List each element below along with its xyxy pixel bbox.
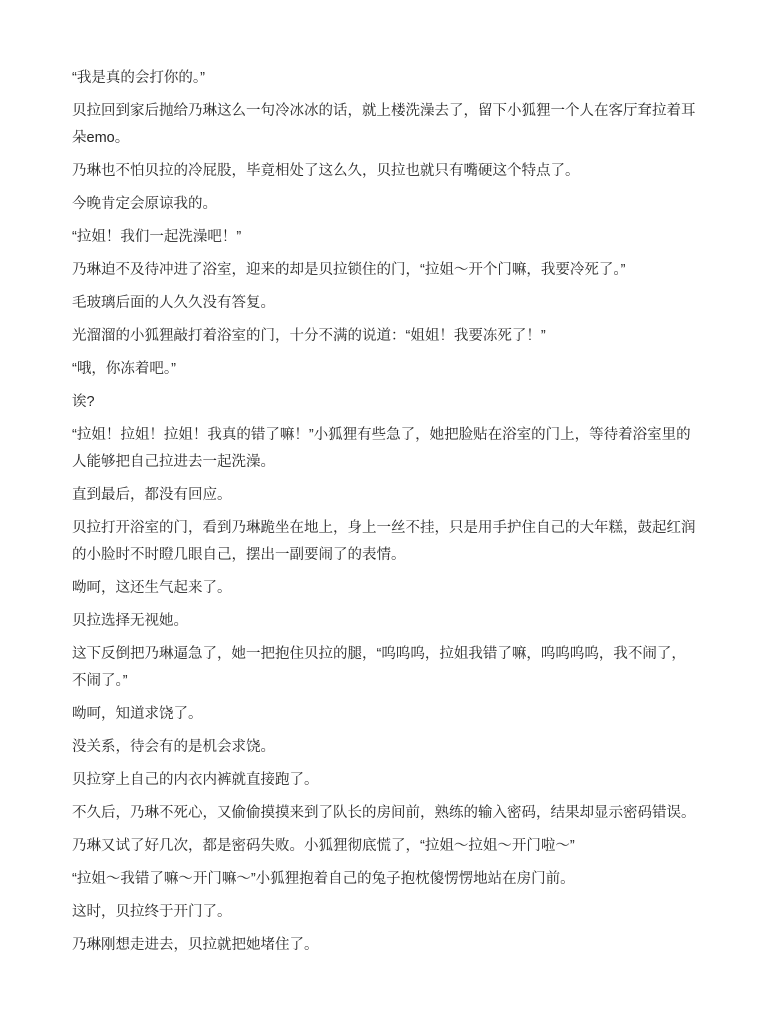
novel-text-body: “我是真的会打你的。”贝拉回到家后抛给乃琳这么一句冷冰冰的话，就上楼洗澡去了，留… [72, 65, 696, 959]
paragraph: 乃琳刚想走进去，贝拉就把她堵住了。 [72, 932, 696, 959]
paragraph: 贝拉打开浴室的门，看到乃琳跪坐在地上，身上一丝不挂，只是用手护住自己的大年糕，鼓… [72, 515, 696, 569]
paragraph: 呦呵，知道求饶了。 [72, 701, 696, 728]
paragraph: 呦呵，这还生气起来了。 [72, 575, 696, 602]
paragraph: 贝拉选择无视她。 [72, 608, 696, 635]
paragraph: 没关系，待会有的是机会求饶。 [72, 734, 696, 761]
paragraph: 贝拉穿上自己的内衣内裤就直接跑了。 [72, 767, 696, 794]
paragraph: “哦，你冻着吧。” [72, 356, 696, 383]
paragraph: “拉姐！拉姐！拉姐！我真的错了嘛！”小狐狸有些急了，她把脸贴在浴室的门上，等待着… [72, 422, 696, 476]
paragraph: 今晚肯定会原谅我的。 [72, 191, 696, 218]
paragraph: 这下反倒把乃琳逼急了，她一把抱住贝拉的腿，“呜呜呜，拉姐我错了嘛，呜呜呜呜，我不… [72, 641, 696, 695]
paragraph: “拉姐！我们一起洗澡吧！” [72, 224, 696, 251]
paragraph: 毛玻璃后面的人久久没有答复。 [72, 290, 696, 317]
paragraph: 贝拉回到家后抛给乃琳这么一句冷冰冰的话，就上楼洗澡去了，留下小狐狸一个人在客厅耷… [72, 98, 696, 152]
paragraph: “我是真的会打你的。” [72, 65, 696, 92]
novel-page: “我是真的会打你的。”贝拉回到家后抛给乃琳这么一句冷冰冰的话，就上楼洗澡去了，留… [0, 0, 768, 1024]
paragraph: 直到最后，都没有回应。 [72, 482, 696, 509]
paragraph: 光溜溜的小狐狸敲打着浴室的门，十分不满的说道：“姐姐！我要冻死了！” [72, 323, 696, 350]
paragraph: 不久后，乃琳不死心，又偷偷摸摸来到了队长的房间前，熟练的输入密码，结果却显示密码… [72, 800, 696, 827]
paragraph: 乃琳又试了好几次，都是密码失败。小狐狸彻底慌了，“拉姐～拉姐～开门啦～” [72, 833, 696, 860]
paragraph: 乃琳也不怕贝拉的冷屁股，毕竟相处了这么久，贝拉也就只有嘴硬这个特点了。 [72, 158, 696, 185]
paragraph: “拉姐～我错了嘛～开门嘛～”小狐狸抱着自己的兔子抱枕傻愣愣地站在房门前。 [72, 866, 696, 893]
paragraph: 这时，贝拉终于开门了。 [72, 899, 696, 926]
paragraph: 诶? [72, 389, 696, 416]
paragraph: 乃琳迫不及待冲进了浴室，迎来的却是贝拉锁住的门，“拉姐～开个门嘛，我要冷死了。” [72, 257, 696, 284]
